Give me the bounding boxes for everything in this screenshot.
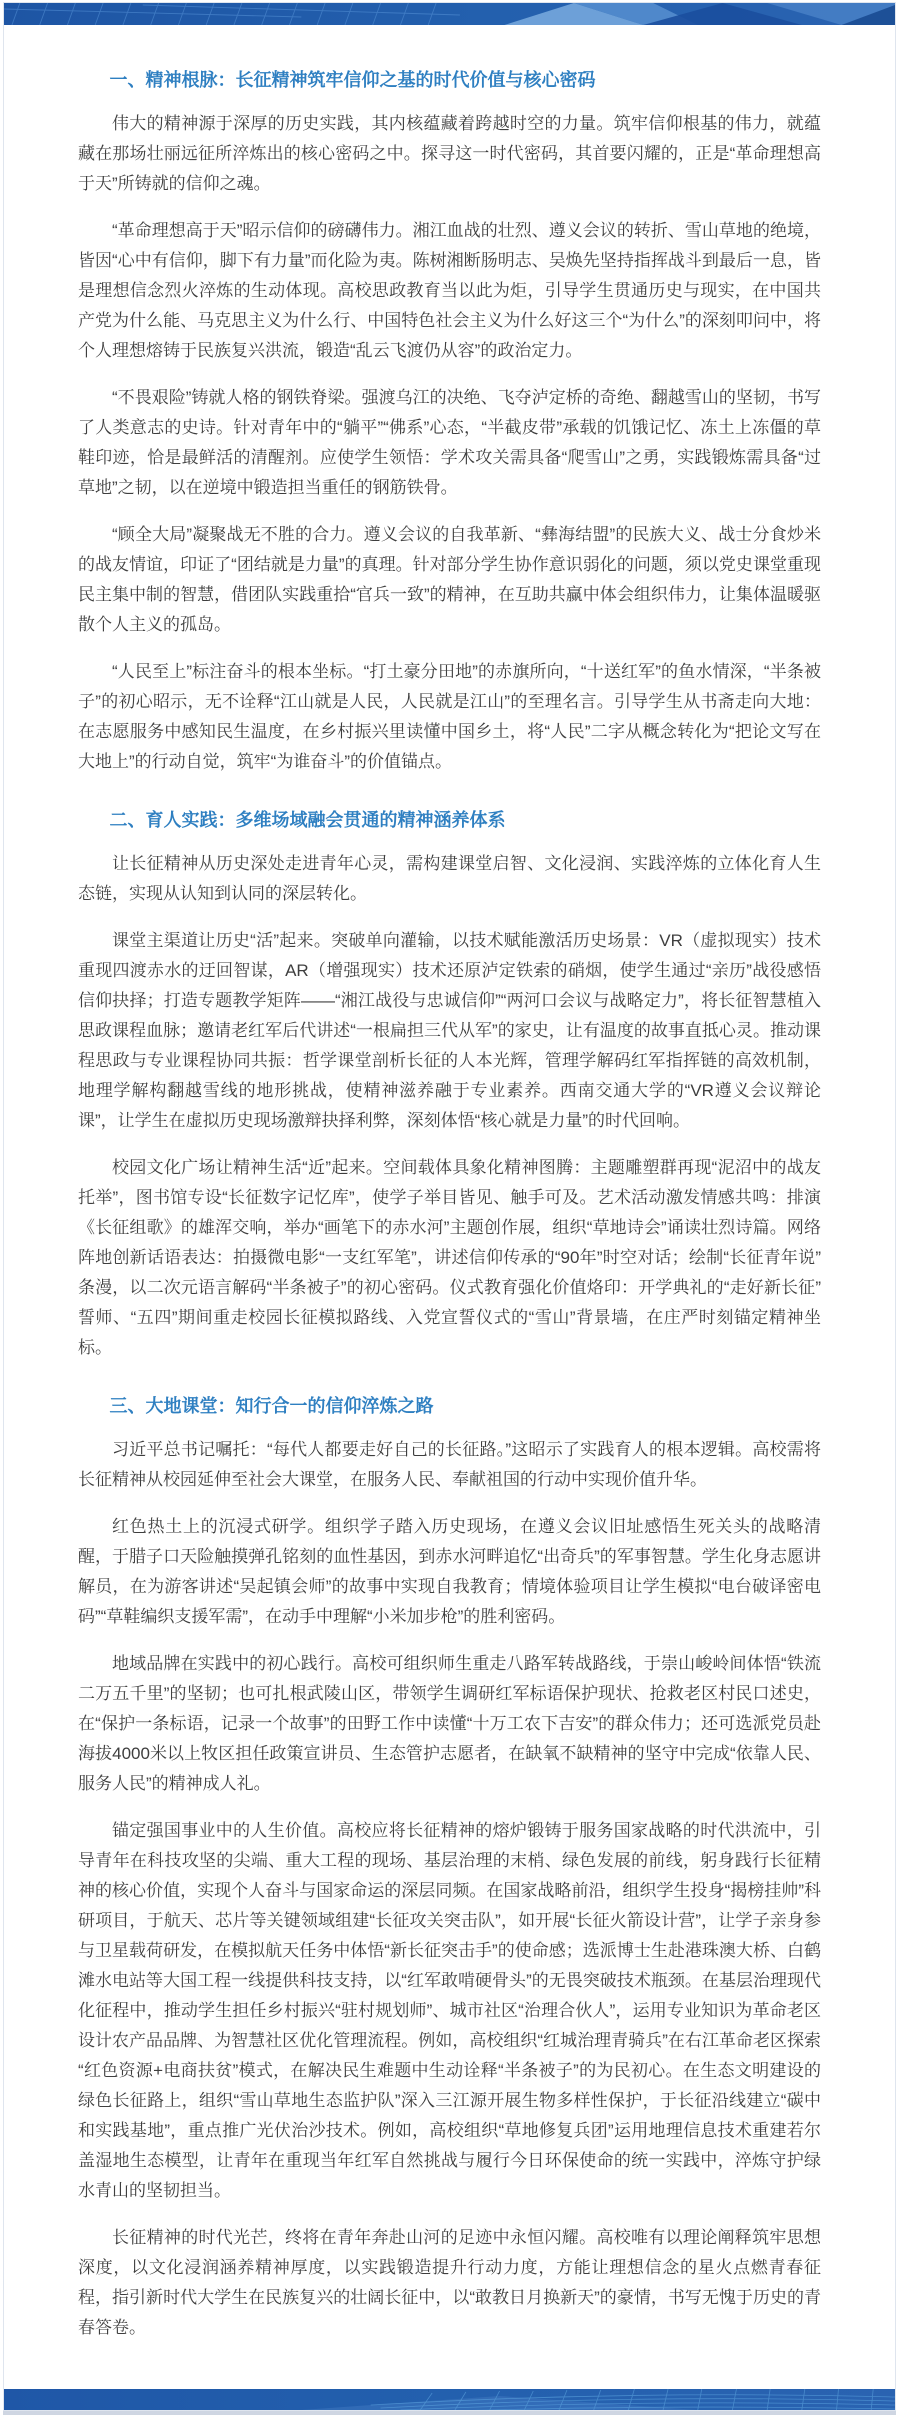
- body-paragraph: 校园文化广场让精神生活“近”起来。空间载体具象化精神图腾：主题雕塑群再现“泥沼中…: [78, 1153, 821, 1363]
- body-paragraph: 课堂主渠道让历史“活”起来。突破单向灌输，以技术赋能激活历史场景：VR（虚拟现实…: [78, 926, 821, 1136]
- body-paragraph: “顾全大局”凝聚战无不胜的合力。遵义会议的自我革新、“彝海结盟”的民族大义、战士…: [78, 520, 821, 640]
- body-paragraph: 红色热土上的沉浸式研学。组织学子踏入历史现场，在遵义会议旧址感悟生死关头的战略清…: [78, 1512, 821, 1632]
- page-bottom-strip: [3, 2411, 896, 2415]
- section-heading-3: 三、大地课堂：知行合一的信仰淬炼之路: [78, 1393, 821, 1419]
- section-heading-1: 一、精神根脉：长征精神筑牢信仰之基的时代价值与核心密码: [78, 67, 821, 93]
- body-paragraph: “不畏艰险”铸就人格的钢铁脊梁。强渡乌江的决绝、飞夺泸定桥的奇绝、翻越雪山的坚韧…: [78, 383, 821, 503]
- body-paragraph: “人民至上”标注奋斗的根本坐标。“打土豪分田地”的赤旗所向，“十送红军”的鱼水情…: [78, 657, 821, 777]
- body-paragraph: 长征精神的时代光芒，终将在青年奔赴山河的足迹中永恒闪耀。高校唯有以理论阐释筑牢思…: [78, 2223, 821, 2343]
- body-paragraph: 习近平总书记嘱托：“每代人都要走好自己的长征路。”这昭示了实践育人的根本逻辑。高…: [78, 1435, 821, 1495]
- body-paragraph: “革命理想高于天”昭示信仰的磅礴伟力。湘江血战的壮烈、遵义会议的转折、雪山草地的…: [78, 216, 821, 366]
- section-heading-2: 二、育人实践：多维场域融会贯通的精神涵养体系: [78, 807, 821, 833]
- body-paragraph: 伟大的精神源于深厚的历史实践，其内核蕴藏着跨越时空的力量。筑牢信仰根基的伟力，就…: [78, 109, 821, 199]
- body-paragraph: 地域品牌在实践中的初心践行。高校可组织师生重走八路军转战路线，于崇山峻岭间体悟“…: [78, 1649, 821, 1799]
- header-banner-graphic: [4, 3, 895, 25]
- document-page: 一、精神根脉：长征精神筑牢信仰之基的时代价值与核心密码 伟大的精神源于深厚的历史…: [3, 2, 896, 2411]
- body-paragraph: 让长征精神从历史深处走进青年心灵，需构建课堂启智、文化浸润、实践淬炼的立体化育人…: [78, 849, 821, 909]
- article-content: 一、精神根脉：长征精神筑牢信仰之基的时代价值与核心密码 伟大的精神源于深厚的历史…: [4, 25, 895, 2389]
- footer-banner-graphic: [4, 2389, 895, 2410]
- body-paragraph: 锚定强国事业中的人生价值。高校应将长征精神的熔炉锻铸于服务国家战略的时代洪流中，…: [78, 1816, 821, 2206]
